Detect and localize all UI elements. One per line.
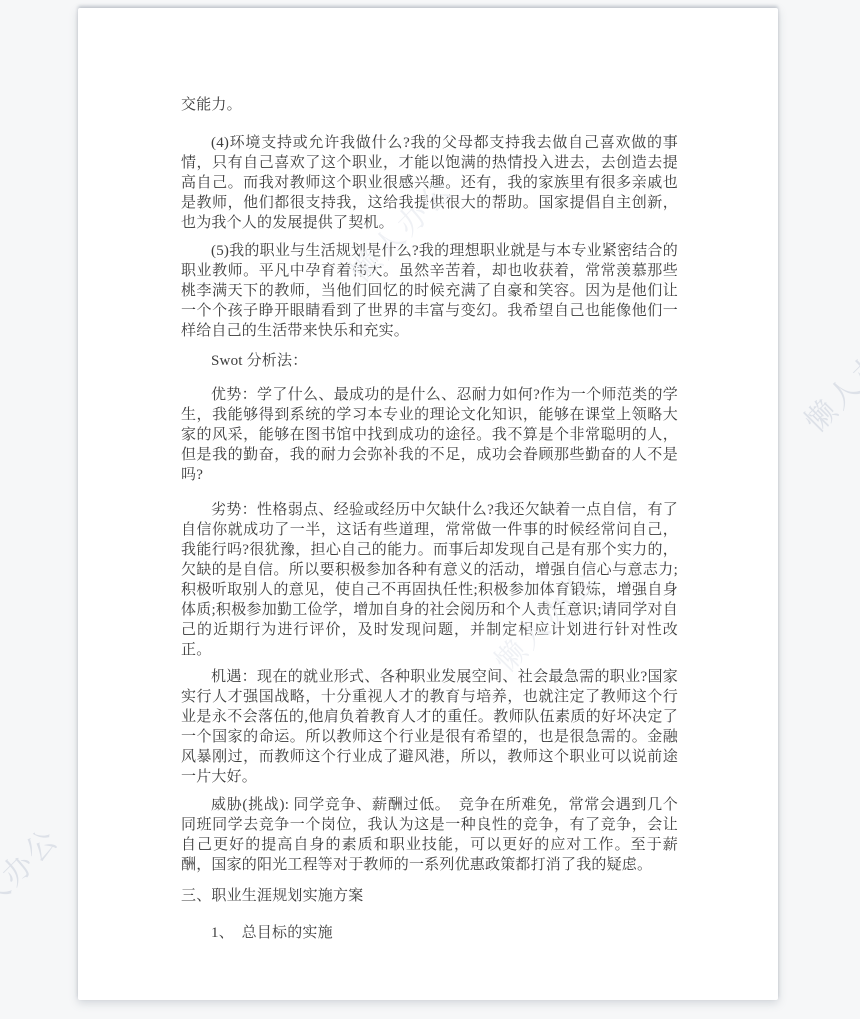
document-viewer: 懒人办公 懒人办公 交能力。 (4)环境支持或允许我做什么?我的父母都支持我去做…: [0, 0, 860, 1019]
para-career-life-plan: (5)我的职业与生活规划是什么?我的理想职业就是与本专业紧密结合的职业教师。平凡…: [181, 241, 678, 341]
para-continuation: 交能力。: [181, 95, 678, 115]
document-page: 交能力。 (4)环境支持或允许我做什么?我的父母都支持我去做自己喜欢做的事情，只…: [78, 8, 778, 1000]
para-weaknesses: 劣势：性格弱点、经验或经历中欠缺什么?我还欠缺着一点自信，有了自信你就成功了一半…: [181, 500, 678, 660]
para-threats: 威胁(挑战): 同学竞争、薪酬过低。 竞争在所难免，常常会遇到几个同班同学去竞争…: [181, 795, 678, 875]
para-strengths: 优势：学了什么、最成功的是什么、忍耐力如何?作为一个师范类的学生，我能够得到系统…: [181, 385, 678, 485]
heading-swot-analysis: Swot 分析法：: [181, 351, 678, 371]
watermark-text: 懒人办公: [793, 316, 860, 440]
para-opportunities: 机遇：现在的就业形式、各种职业发展空间、社会最急需的职业?国家实行人才强国战略，…: [181, 667, 678, 787]
watermark-text: 懒人办公: [0, 816, 67, 940]
para-environment-support: (4)环境支持或允许我做什么?我的父母都支持我去做自己喜欢做的事情，只有自己喜欢…: [181, 133, 678, 233]
item-total-goal: 1、 总目标的实施: [181, 923, 678, 943]
heading-implementation-plan: 三、职业生涯规划实施方案: [181, 886, 678, 906]
